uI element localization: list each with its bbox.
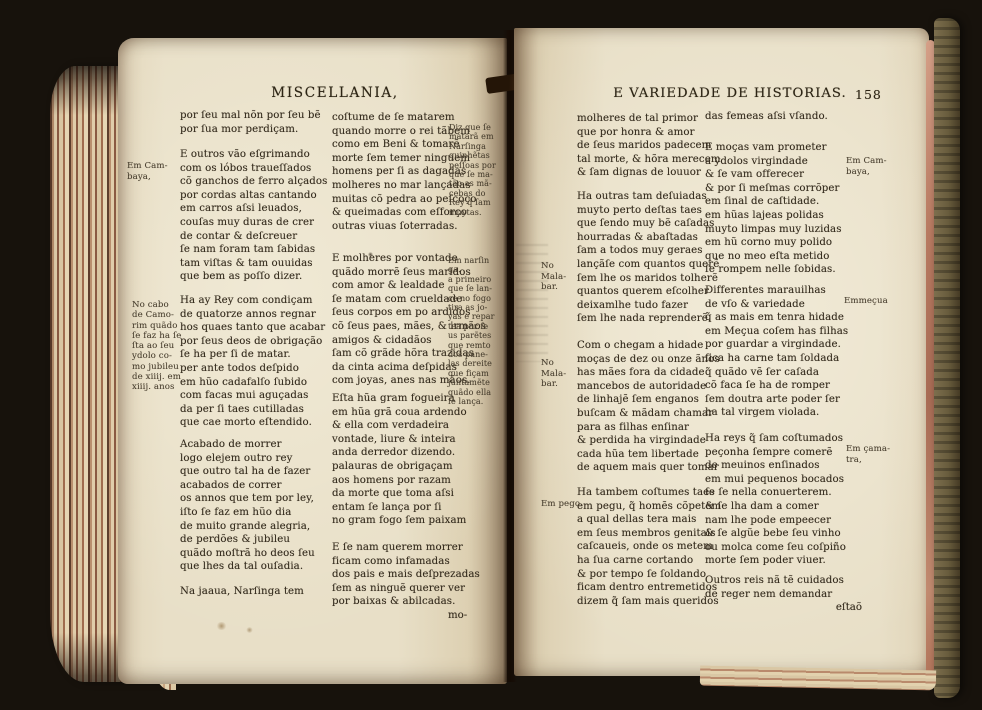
margin-note: Em Cam- baya, [846,156,896,178]
margin-note: Em Cam- baya, [127,161,179,183]
margin-note: Emmeçua [844,296,898,307]
stanza: das femeas aſsi vſando. [705,110,857,124]
catchword-left: mo- [448,610,467,621]
stanza: Ha ay Rey com condiçam de quatorze annos… [180,294,332,430]
stanza: Na jaaua, Narſinga tem [180,585,332,599]
margin-note: Em çama- tra, [846,444,896,466]
folio-number: 158 [855,87,882,102]
margin-note: No cabo de Camo- rim quãdo ſe faz ha ſe … [132,300,190,393]
stanza: E ſe nam querem morrer ficam como infama… [332,541,487,609]
open-book-photo: MISCELLANIA, por ſeu mal nõn por ſeu bẽ … [0,0,982,710]
running-title-left: MISCELLANIA, [250,85,420,101]
stanza: por ſeu mal nõn por ſeu bẽ por ſua mor p… [180,109,332,136]
running-title-right: E VARIEDADE DE HISTORIAS. [596,86,864,101]
stanza: Ha reys q̃ ſam coſtumados peçonha ſempre… [705,432,857,568]
margin-note: Em narſin ga. a primeiro que ſe lan- ce … [448,256,502,407]
catchword-right: eſtaõ [800,602,862,613]
margin-note: Em pego. [541,499,585,510]
ink-dot [368,252,373,257]
margin-note: No Mala- bar. [541,261,581,293]
stanza: E moças vam prometer a ydolos virgindade… [705,141,857,277]
paper-stain [216,622,227,630]
stanza: Differentes marauilhas de vſo & variedad… [705,284,857,420]
stanza: E outros vão eſgrimando com os lóbos tra… [180,148,332,284]
bottom-page-edges [700,666,936,691]
book-cover-edge [934,18,960,698]
stanza: Eſta hũa gram fogueira em hũa grã coua a… [332,392,487,528]
margin-note: Diz que ſe matarã em Narſinga quinhẽtas … [449,123,505,217]
margin-note: No Mala- bar. [541,358,581,390]
stanza: Outros reis nã tẽ cuidados de reger nem … [705,574,857,601]
stanza: Acabado de morrer logo elejem outro rey … [180,438,332,574]
paper-stain [246,627,253,633]
